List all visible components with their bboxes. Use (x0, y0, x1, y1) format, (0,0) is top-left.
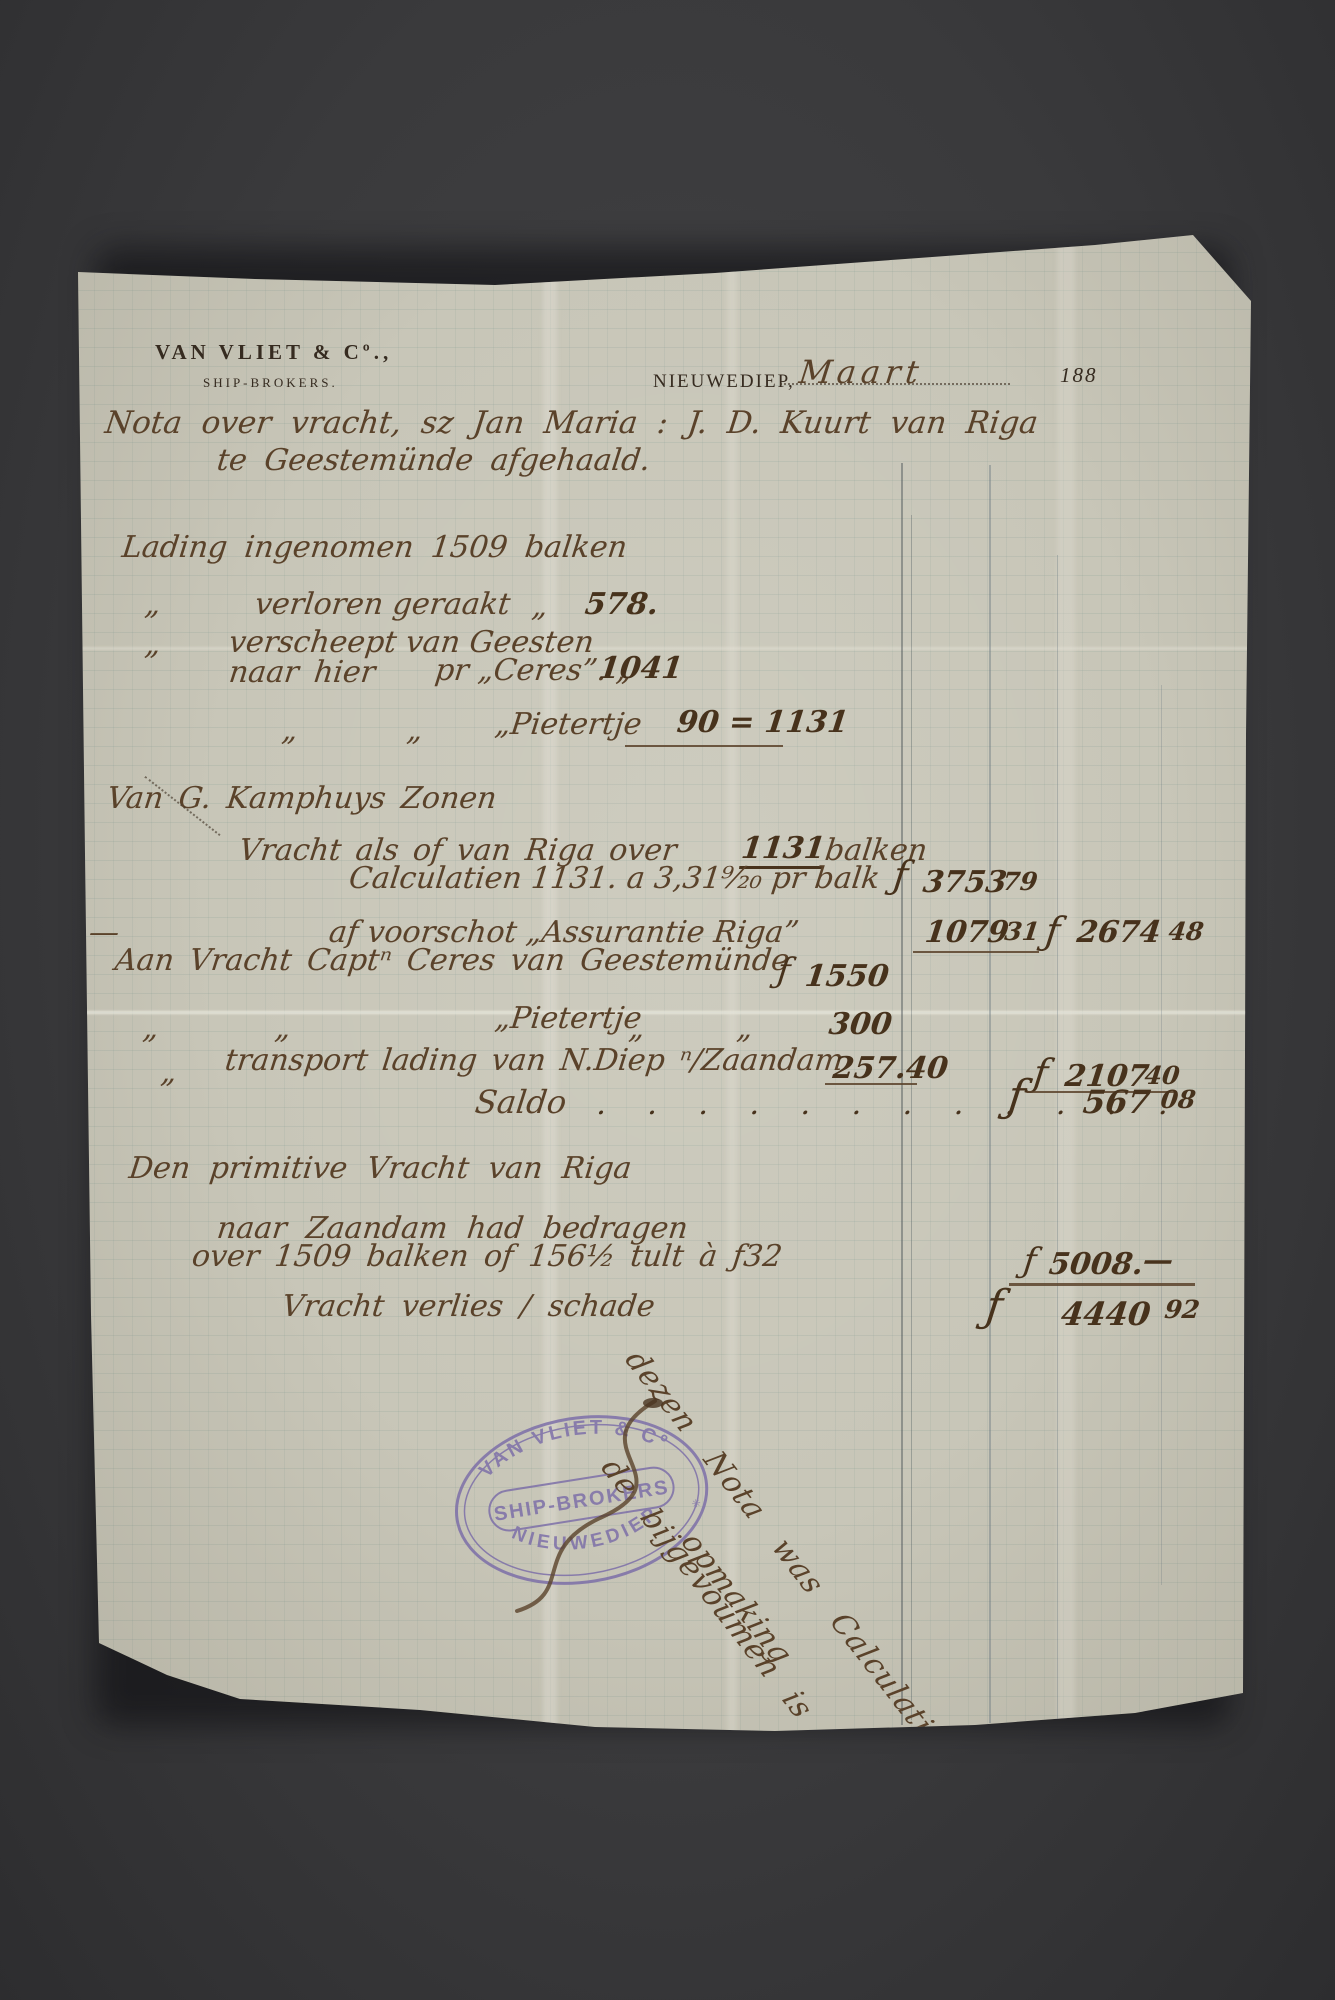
pen-flourish (505, 1393, 705, 1623)
calc-line-text: Calculatien 1131. a 3,31⁹⁄₂₀ pr balk (347, 861, 882, 896)
loss-row4: Vracht verlies / schade (280, 1289, 657, 1324)
nota-title-line1: Nota over vracht, sz Jan Maria : J. D. K… (103, 405, 1040, 441)
voorschot-cents: 31 (1003, 917, 1041, 946)
ditto-mark: „ (280, 713, 300, 748)
expected-freight-amount: 5008. (1047, 1247, 1145, 1282)
column-rule (1161, 685, 1162, 1585)
saldo-cents: 08 (1159, 1085, 1197, 1114)
expected-freight-dash: — (1141, 1243, 1175, 1278)
lading-row5-number: 90 = 1131 (675, 705, 851, 740)
lading-row4-number: 1041 (597, 651, 685, 686)
ink-underline (625, 745, 783, 747)
guilder-sign: ƒ (983, 1281, 1006, 1332)
lading-row5-name: „Pietertje (493, 707, 644, 742)
letterhead-company: VAN VLIET & Cº., (155, 340, 392, 365)
pietertje-amount: 300 (827, 1007, 894, 1042)
ditto-mark: „ (735, 1011, 755, 1046)
saldo-amount: 567 (1081, 1083, 1152, 1121)
nota-title-line2: te Geestemünde afgehaald. (215, 443, 652, 478)
loss-row1: Den primitive Vracht van Riga (127, 1151, 634, 1186)
date-month-handwritten: Maart (797, 353, 926, 391)
ditto-mark: „ (159, 1055, 179, 1090)
ditto-mark: „ (273, 1011, 293, 1046)
scanned-document-photo: VAN VLIET & Cº., SHIP-BROKERS. NIEUWEDIE… (0, 0, 1335, 2000)
guilder-sign: ƒ (1021, 1241, 1039, 1281)
invoice-paper: VAN VLIET & Cº., SHIP-BROKERS. NIEUWEDIE… (75, 215, 1251, 1735)
saldo-label: Saldo (473, 1083, 569, 1121)
lading-row2-number: 578. (583, 587, 660, 622)
voorschot-amount: 1079 (923, 915, 1011, 950)
letterhead-year: 188 (1060, 363, 1098, 388)
lading-row4-a: naar hier (227, 655, 377, 690)
transport-amount: 257.40 (831, 1051, 950, 1086)
ink-underline (825, 1083, 917, 1085)
subtotal-amount: 2674 (1075, 915, 1163, 950)
paper-fold (1057, 215, 1075, 1735)
ink-underline (913, 951, 1039, 953)
transport-line-text: transport lading van N.Diep ⁿ/Zaandam (223, 1043, 845, 1078)
ceres-amount: 1550 (803, 959, 891, 994)
ditto-mark: „ (405, 713, 425, 748)
ditto-mark: „ (143, 587, 163, 622)
loss-amount: 4440 (1059, 1295, 1153, 1333)
pietertje-line-name: „Pietertje (493, 1001, 644, 1036)
letterhead-subtitle: SHIP-BROKERS. (203, 375, 338, 391)
calc-cents: 79 (1001, 867, 1039, 896)
lading-row2-text: verloren geraakt (253, 587, 512, 622)
account-header: Van G. Kamphuys Zonen (105, 781, 499, 816)
lading-row1: Lading ingenomen 1509 balken (120, 530, 629, 565)
column-rule (1057, 555, 1058, 1723)
loss-row3: over 1509 balken of 156½ tult à ƒ32 (190, 1239, 784, 1274)
ceres-line-text: Aan Vracht Captⁿ Ceres van Geestemünde (113, 943, 791, 978)
ditto-mark: „ (141, 1011, 161, 1046)
subtotal-cents: 48 (1167, 917, 1205, 946)
ink-underline (1009, 1283, 1195, 1286)
letterhead-place: NIEUWEDIEP, (653, 371, 795, 393)
calc-amount: 3753 (921, 865, 1009, 900)
ditto-mark: „ (143, 627, 163, 662)
ditto-mark: „ (627, 1011, 647, 1046)
loss-cents: 92 (1163, 1295, 1201, 1324)
